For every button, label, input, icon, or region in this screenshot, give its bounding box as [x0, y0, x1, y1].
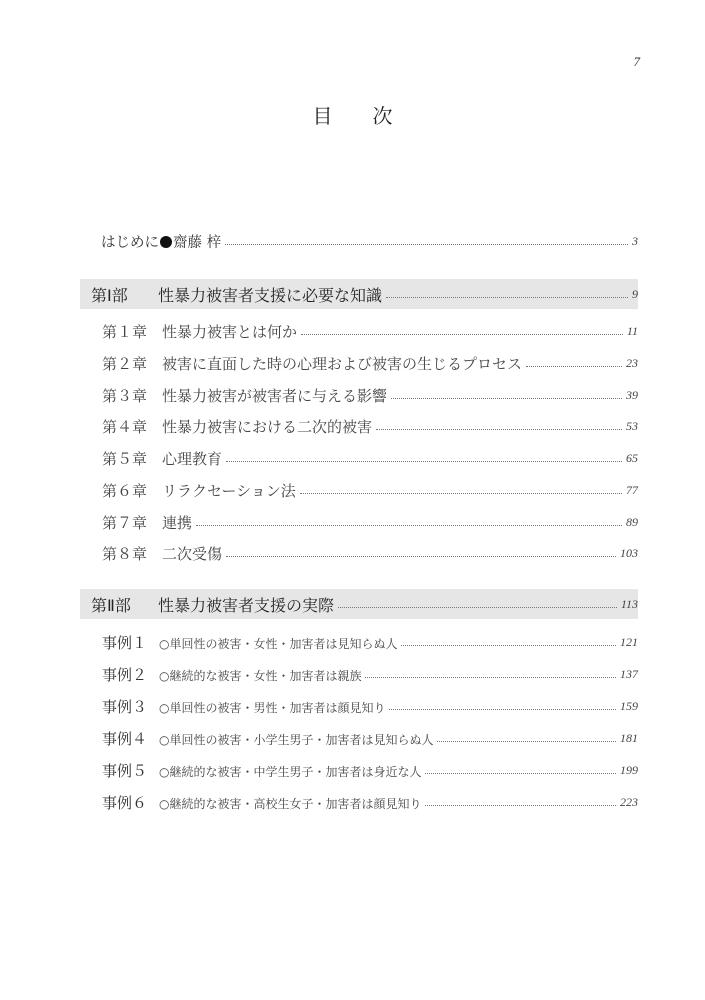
chapter-title: 二次受傷: [162, 545, 222, 563]
page-title-char-2: 次: [373, 104, 393, 128]
toc-chapter-4[interactable]: 第４章性暴力被害における二次的被害 53: [80, 411, 638, 441]
part-page: 113: [621, 597, 638, 612]
chapter-label: 第８章二次受傷: [102, 543, 222, 564]
case-title: ○継続的な被害・高校生女子・加害者は顔見知り: [159, 797, 421, 811]
chapter-label: 第１章性暴力被害とは何か: [102, 321, 297, 342]
chapter-number: 第４章: [102, 416, 162, 437]
case-number: 事例４: [102, 728, 159, 749]
chapter-page: 77: [626, 483, 638, 498]
case-number: 事例２: [102, 664, 159, 685]
toc-part-1[interactable]: 第Ⅰ部性暴力被害者支援に必要な知識 9: [80, 279, 638, 309]
toc-chapter-7[interactable]: 第７章連携 89: [80, 507, 638, 537]
toc-chapter-2[interactable]: 第２章被害に直面した時の心理および被害の生じるプロセス 23: [80, 348, 638, 378]
chapter-number: 第６章: [102, 480, 162, 501]
toc-chapter-3[interactable]: 第３章性暴力被害が被害者に与える影響 39: [80, 380, 638, 410]
chapter-page: 103: [620, 546, 638, 561]
part-title: 性暴力被害者支援の実際: [158, 596, 334, 615]
case-number: 事例３: [102, 696, 159, 717]
case-label: 事例２○継続的な被害・女性・加害者は親族: [102, 664, 361, 685]
intro-label: はじめに: [101, 235, 159, 251]
chapter-number: 第３章: [102, 385, 162, 406]
case-label: 事例１○単回性の被害・女性・加害者は見知らぬ人: [102, 632, 397, 653]
case-label: 事例４○単回性の被害・小学生男子・加害者は見知らぬ人: [102, 728, 433, 749]
dot-leader: [301, 333, 623, 335]
toc-case-6[interactable]: 事例６○継続的な被害・高校生女子・加害者は顔見知り 223: [80, 787, 638, 817]
toc-chapter-6[interactable]: 第６章リラクセーション法 77: [80, 475, 638, 505]
case-number: 事例６: [102, 792, 159, 813]
chapter-number: 第８章: [102, 543, 162, 564]
chapter-title: 心理教育: [162, 450, 222, 468]
chapter-number: 第２章: [102, 353, 162, 374]
dot-leader: [401, 644, 616, 646]
part-label: 第Ⅰ部性暴力被害者支援に必要な知識: [91, 283, 382, 306]
part-page: 9: [632, 287, 638, 302]
case-label: 事例５○継続的な被害・中学生男子・加害者は身近な人: [102, 760, 421, 781]
chapter-title: 性暴力被害とは何か: [162, 323, 297, 341]
chapter-title: 性暴力被害における二次的被害: [162, 418, 372, 436]
case-page: 223: [620, 795, 638, 810]
toc-case-2[interactable]: 事例２○継続的な被害・女性・加害者は親族 137: [80, 659, 638, 689]
dot-leader: [196, 524, 622, 526]
dot-leader: [386, 296, 628, 298]
bullet-icon: [160, 236, 172, 248]
dot-leader: [226, 555, 616, 557]
chapter-page: 65: [626, 451, 638, 466]
chapter-page: 89: [626, 515, 638, 530]
part-number: 第Ⅱ部: [91, 593, 158, 616]
chapter-label: 第６章リラクセーション法: [102, 480, 296, 501]
case-title: ○継続的な被害・女性・加害者は親族: [159, 669, 361, 683]
case-page: 121: [620, 635, 638, 650]
case-label: 事例３○単回性の被害・男性・加害者は顔見知り: [102, 696, 385, 717]
chapter-label: 第４章性暴力被害における二次的被害: [102, 416, 372, 437]
case-title: ○単回性の被害・小学生男子・加害者は見知らぬ人: [159, 733, 433, 747]
chapter-page: 11: [627, 324, 638, 339]
chapter-label: 第２章被害に直面した時の心理および被害の生じるプロセス: [102, 353, 522, 374]
case-number: 事例１: [102, 632, 159, 653]
page-number: 7: [620, 54, 640, 70]
toc-chapter-8[interactable]: 第８章二次受傷 103: [80, 538, 638, 568]
toc-case-3[interactable]: 事例３○単回性の被害・男性・加害者は顔見知り 159: [80, 691, 638, 721]
case-title: ○継続的な被害・中学生男子・加害者は身近な人: [159, 765, 421, 779]
case-page: 137: [620, 667, 638, 682]
toc-case-5[interactable]: 事例５○継続的な被害・中学生男子・加害者は身近な人 199: [80, 755, 638, 785]
chapter-label: 第７章連携: [102, 512, 192, 533]
dot-leader: [391, 397, 622, 399]
dot-leader: [338, 606, 617, 608]
chapter-label: 第３章性暴力被害が被害者に与える影響: [102, 385, 387, 406]
toc-entry-intro[interactable]: はじめに齋藤 梓 3: [80, 226, 638, 256]
dot-leader: [300, 492, 622, 494]
case-title: ○単回性の被害・男性・加害者は顔見知り: [159, 701, 385, 715]
dot-leader: [376, 428, 622, 430]
part-title: 性暴力被害者支援に必要な知識: [158, 286, 382, 305]
dot-leader: [526, 365, 622, 367]
dot-leader: [425, 804, 616, 806]
page-title: 目次: [0, 100, 705, 129]
dot-leader: [226, 460, 622, 462]
intro-label-group: はじめに齋藤 梓: [101, 231, 221, 252]
intro-author: 齋藤 梓: [173, 235, 221, 251]
toc-chapter-5[interactable]: 第５章心理教育 65: [80, 443, 638, 473]
chapter-number: 第１章: [102, 321, 162, 342]
dot-leader: [389, 708, 616, 710]
case-title: ○単回性の被害・女性・加害者は見知らぬ人: [159, 637, 397, 651]
intro-page: 3: [632, 234, 638, 249]
part-label: 第Ⅱ部性暴力被害者支援の実際: [91, 593, 334, 616]
chapter-title: 被害に直面した時の心理および被害の生じるプロセス: [162, 355, 522, 373]
dot-leader: [225, 243, 628, 245]
chapter-page: 53: [626, 419, 638, 434]
chapter-title: 性暴力被害が被害者に与える影響: [162, 387, 387, 405]
case-number: 事例５: [102, 760, 159, 781]
toc-part-2[interactable]: 第Ⅱ部性暴力被害者支援の実際 113: [80, 589, 638, 619]
case-page: 199: [620, 763, 638, 778]
toc-case-1[interactable]: 事例１○単回性の被害・女性・加害者は見知らぬ人 121: [80, 627, 638, 657]
chapter-title: リラクセーション法: [162, 482, 296, 500]
dot-leader: [437, 740, 616, 742]
toc-case-4[interactable]: 事例４○単回性の被害・小学生男子・加害者は見知らぬ人 181: [80, 723, 638, 753]
chapter-page: 23: [626, 356, 638, 371]
dot-leader: [365, 676, 616, 678]
case-page: 181: [620, 731, 638, 746]
chapter-number: 第５章: [102, 448, 162, 469]
part-number: 第Ⅰ部: [91, 283, 158, 306]
toc-chapter-1[interactable]: 第１章性暴力被害とは何か 11: [80, 316, 638, 346]
chapter-page: 39: [626, 388, 638, 403]
case-label: 事例６○継続的な被害・高校生女子・加害者は顔見知り: [102, 792, 421, 813]
case-page: 159: [620, 699, 638, 714]
dot-leader: [425, 772, 616, 774]
page-title-char-1: 目: [313, 104, 333, 128]
chapter-title: 連携: [162, 514, 192, 532]
chapter-label: 第５章心理教育: [102, 448, 222, 469]
chapter-number: 第７章: [102, 512, 162, 533]
